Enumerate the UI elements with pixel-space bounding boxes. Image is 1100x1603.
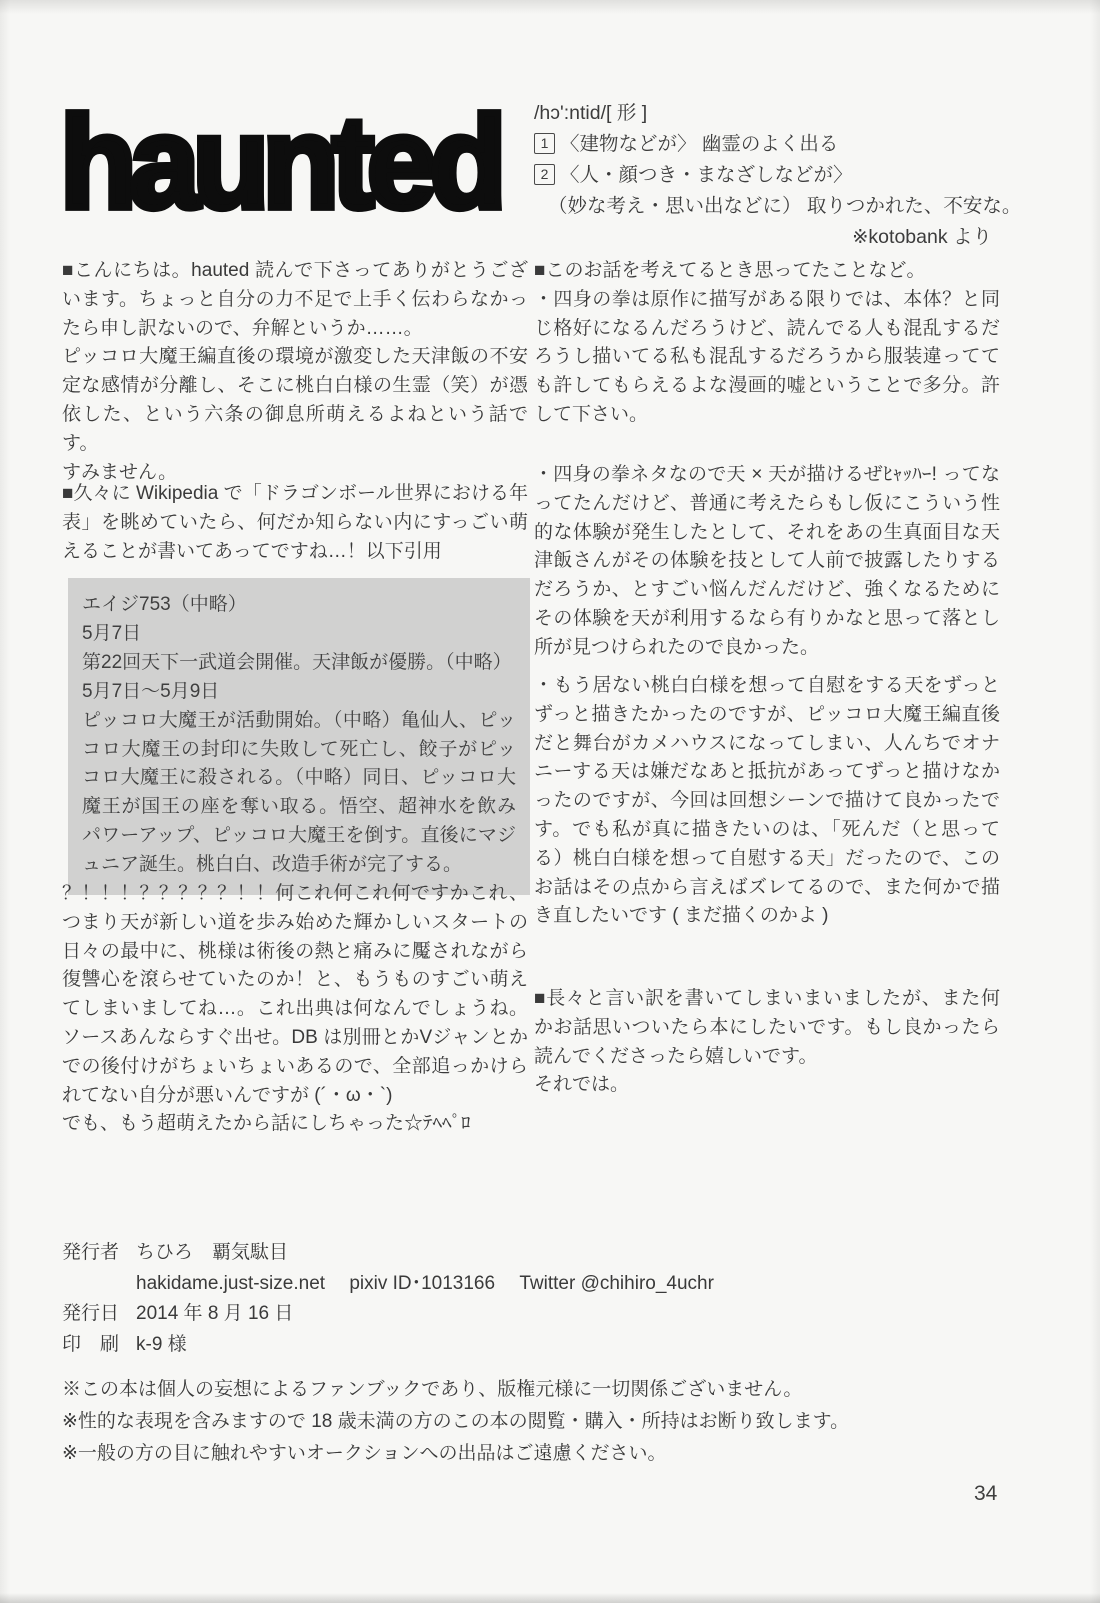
dictionary-entry-1: 1〈建物などが〉 幽霊のよく出る	[534, 129, 996, 160]
date-label: 発行日	[62, 1299, 136, 1330]
scan-edge-bottom	[0, 1593, 1100, 1603]
dictionary-source: ※kotobank より	[534, 222, 996, 253]
left-paragraph-greeting: ■こんにちは。hauted 読んで下さってありがとうございます。ちょっと自分の力…	[62, 257, 528, 487]
publication-date: 2014 年 8 月 16 日	[136, 1303, 293, 1324]
disclaimer-notes: ※この本は個人の妄想によるファンブックであり、版権元様に一切関係ございません。 …	[62, 1374, 962, 1470]
scan-edge-left	[0, 0, 10, 1603]
printer-name: k-9 様	[136, 1334, 187, 1355]
publisher-name: ちひろ 覇気駄目	[136, 1242, 288, 1263]
dictionary-entry-2-text: 〈人・顔つき・まなざしなどが〉	[560, 164, 853, 186]
scanned-afterword-page: haunted /hɔ':ntid/[ 形 ] 1〈建物などが〉 幽霊のよく出る…	[0, 0, 1100, 1603]
title-logo: haunted	[60, 92, 500, 235]
right-paragraph-notes-1: ■このお話を考えてるとき思ってたことなど。 ・四身の拳は原作に描写がある限りでは…	[534, 257, 1000, 430]
colophon-links-row: hakidame.just-size.net pixiv ID･1013166 …	[62, 1269, 862, 1300]
boxed-number-1: 1	[534, 133, 555, 154]
dictionary-entry-2-continuation: （妙な考え・思い出などに） 取りつかれた、不安な。	[534, 191, 996, 222]
left-paragraph-reaction: ？！！！？？？？？！！何これ何これ何ですかこれ、つまり天が新しい道を歩み始めた輝…	[62, 880, 528, 1139]
dictionary-entry-2: 2〈人・顔つき・まなざしなどが〉	[534, 160, 996, 191]
colophon-publisher-row: 発行者ちひろ 覇気駄目	[62, 1238, 862, 1269]
publisher-label: 発行者	[62, 1238, 136, 1269]
right-paragraph-notes-3: ・もう居ない桃白白様を想って自慰をする天をずっとずっと描きたかったのですが、ピッ…	[534, 672, 1000, 931]
page-number: 34	[974, 1482, 997, 1506]
scan-edge-top	[0, 0, 1100, 14]
wikipedia-quote-box: エイジ753（中略） 5月7日 第22回天下一武道会開催。天津飯が優勝。（中略）…	[68, 578, 530, 895]
colophon: 発行者ちひろ 覇気駄目 hakidame.just-size.net pixiv…	[62, 1238, 862, 1360]
print-label: 印 刷	[62, 1330, 136, 1361]
dictionary-definition: /hɔ':ntid/[ 形 ] 1〈建物などが〉 幽霊のよく出る 2〈人・顔つき…	[534, 98, 996, 253]
dictionary-pronunciation: /hɔ':ntid/[ 形 ]	[534, 98, 996, 129]
scan-edge-right	[1090, 0, 1100, 1603]
dictionary-entry-1-text: 〈建物などが〉 幽霊のよく出る	[560, 133, 838, 155]
colophon-date-row: 発行日2014 年 8 月 16 日	[62, 1299, 862, 1330]
right-paragraph-closing: ■長々と言い訳を書いてしまいまいましたが、また何かお話思いついたら本にしたいです…	[534, 985, 1000, 1100]
boxed-number-2: 2	[534, 164, 555, 185]
colophon-print-row: 印 刷k-9 様	[62, 1330, 862, 1361]
left-paragraph-wikipedia: ■久々に Wikipedia で「ドラゴンボール世界における年表」を眺めていたら…	[62, 480, 528, 566]
right-paragraph-notes-2: ・四身の拳ネタなので天 × 天が描けるぜﾋｬｯﾊｰ! ってなってたんだけど、普通…	[534, 461, 1000, 663]
